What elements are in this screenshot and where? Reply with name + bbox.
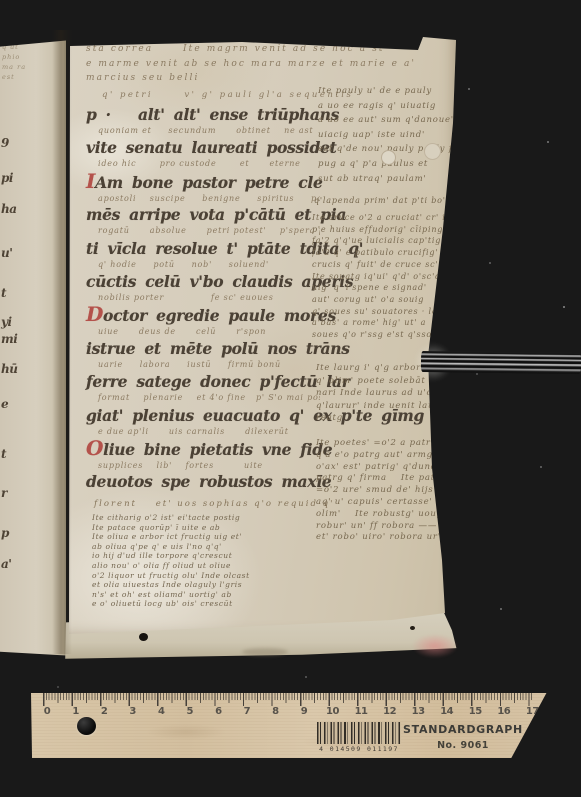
ruler-cm-label: 6 — [207, 706, 229, 718]
ruler-cm-label: 5 — [179, 706, 201, 718]
left-page-text-fragment: r — [1, 487, 27, 500]
centimeter-ticks — [43, 693, 534, 706]
margin-note-block-2: q'lapenda prim' dat p'ti bo'puū — [314, 195, 456, 207]
margin-note-block-1: Ite pauly u' de e paulya uo ee ragis q' … — [318, 84, 458, 186]
verse-line: cūctis celū v'bo claudis aperisnobilis p… — [86, 271, 322, 304]
text-line: Ite citharig o'2 ist' ei'tacte postig — [92, 513, 332, 523]
text-line: p'e huius effudorig' cīiping — [312, 224, 456, 236]
text-line: aut' corug ut' o'a souig — [312, 294, 456, 306]
ruler-cm-label: 13 — [407, 706, 429, 718]
text-line: aq' u' capuis' certasse' — [316, 497, 458, 509]
text-line: Ite cruce o'2 a cruciat' cr' i'cru — [312, 212, 456, 224]
left-page-text-fragment: a' — [1, 558, 27, 571]
ruler-cm-label: 2 — [93, 706, 115, 718]
verse-line: IAm bone pastor petre cleapostoli suscip… — [86, 171, 322, 204]
ruler-cm-label: 14 — [436, 706, 458, 718]
ruler-cm-label: 4 — [150, 706, 172, 718]
text-line: sut ab utraq' paulam' — [318, 172, 458, 187]
left-page-text-fragment: hū — [1, 363, 27, 376]
verse-line: giat' plenius euacuato q' ex p'te gīmge … — [86, 405, 322, 438]
verse-text: IAm bone pastor petre cle — [86, 171, 322, 193]
interlinear-gloss: e due ap'li uis carnalis dilexerūt — [86, 426, 320, 437]
ruler-cm-label: 8 — [264, 706, 286, 718]
ruler-hanging-hole — [77, 717, 96, 735]
text-line: o'ax' est' patrig' q'dund' — [316, 462, 458, 474]
text-line: fa'2 q'q'ue luicialis cap'tig — [312, 235, 456, 247]
text-line: e o' oliuetū locg ub' ois' crescūt — [92, 599, 332, 609]
text-line: olim' Ite robustg' uoug' e' — [316, 509, 458, 521]
dust-specks — [0, 0, 2, 2]
left-page-text-fragment: t — [1, 448, 27, 461]
verse-text: mēs arripe vota p'cātū et pia — [86, 204, 322, 225]
ruler-model-label: No. 9061 — [393, 740, 533, 751]
left-page-text-fragment: pi — [1, 172, 27, 185]
text-line: et olia uiuestas Inde olaguly l'gris — [92, 580, 332, 590]
left-page-text-fragment: t — [1, 287, 27, 300]
faint-smudge — [242, 648, 288, 656]
ruler-cm-label: 17 — [521, 706, 543, 718]
text-line: soues q'o r'ssg e'st q'ssoue — [312, 329, 456, 341]
barcode — [317, 722, 401, 744]
parchment-blemish — [381, 150, 396, 165]
left-page-text-fragment: u' — [1, 247, 27, 260]
text-line: nari Inde laurus ad u'o — [316, 387, 456, 400]
text-line: =o'2 ure' smud de' hijs' un' — [316, 485, 458, 497]
interlinear-gloss: rogatū absolue petri potest' p'spera pot… — [86, 225, 320, 236]
left-page-text-fragment: yi — [1, 316, 27, 329]
interlinear-gloss: q' hodie potū nob' soluend' — [86, 259, 320, 270]
left-page-text-fragment: 9 — [1, 137, 27, 150]
ruler-cm-label: 16 — [493, 706, 515, 718]
verse-text: giat' plenius euacuato q' ex p'te gīmg — [86, 405, 322, 426]
ruler-cm-label: 1 — [65, 706, 87, 718]
text-line: uiacig uap' iste uind' — [318, 128, 458, 143]
text-line: a uo ee ragis q' uiuatig — [318, 99, 458, 114]
verse-text: istrue et mēte polū nos trāns — [86, 338, 322, 359]
verse-line: istrue et mēte polū nos trānsuarie labor… — [86, 338, 322, 371]
text-line: io hij d'ud ille torpore q'crescut — [92, 551, 332, 561]
text-line: crucis q' fuit' de cruce sc'uit — [312, 259, 456, 271]
top-margin-annotations: sta correa Ite magrm venit ad se hoc a s… — [86, 42, 458, 86]
verse-line: Oliue bine pietatis vne fidesupplices li… — [86, 438, 322, 471]
interlinear-gloss: supplices lib' fortes uite — [86, 460, 320, 471]
interlinear-gloss: uarie labora iustū firmū bonū — [86, 359, 320, 370]
text-line: et' robo' uiro' robora ur' — [316, 532, 458, 544]
centimeter-labels: 01234567891011121314151617 — [47, 706, 542, 718]
text-line: a uo ee aut' sum q'danoue' — [318, 113, 458, 128]
verse-text: ferre satege donec p'fectū lar — [86, 371, 322, 392]
text-line: q'a e'o patrg aut' armg' — [316, 450, 458, 462]
text-line: uig' q' i'spene e signad' — [312, 282, 456, 294]
ruler-cm-label: 0 — [36, 706, 58, 718]
text-line: q'laurur' inde uenit lau — [316, 400, 456, 413]
pink-stain — [412, 634, 458, 658]
verse-text: ti vīcla resolue t' ptāte tdita q' — [86, 238, 322, 259]
verse-text: deuotos spe robustos maxīe — [86, 471, 322, 492]
ruler-cm-label: 7 — [236, 706, 258, 718]
text-line: q'lapenda prim' dat p'ti bo'puū — [314, 195, 456, 207]
lower-commentary-block: Ite citharig o'2 ist' ei'tacte postigIte… — [92, 513, 332, 609]
text-line: Ite pauly u' de e pauly — [318, 84, 458, 99]
interlinear-gloss: nobilis porter fe sc' euoues — [86, 292, 320, 303]
margin-note-block-5: Ite poetes' =o'2 a patra hicq'a e'o patr… — [316, 438, 458, 544]
text-line: Ite patace quorūp' ī uite e ab — [92, 523, 332, 533]
ink-spot — [410, 626, 415, 630]
verse-line: ti vīcla resolue t' ptāte tdita q'q' hod… — [86, 238, 322, 271]
manuscript-page: sta correa Ite magrm venit ad se hoc a s… — [62, 28, 460, 640]
ruler-cm-label: 11 — [350, 706, 372, 718]
left-page-text-fragment: p — [1, 527, 27, 540]
verse-line: Doctor egredie paule moresuiue deus de c… — [86, 304, 322, 337]
verse-text: cūctis celū v'bo claudis aperis — [86, 271, 322, 292]
verse-text: Oliue bine pietatis vne fide — [86, 438, 322, 460]
ruler-cm-label: 3 — [122, 706, 144, 718]
verse-text: Doctor egredie paule mores — [86, 304, 322, 326]
text-line: sta correa Ite magrm venit ad se hoc a s… — [86, 42, 458, 57]
verse-line: vite senatu laureati possidetideo hic pr… — [86, 137, 322, 170]
interlinear-gloss: apostoli suscipe benigne spiritus pater — [86, 193, 320, 204]
left-page-text-fragment: e — [1, 398, 27, 411]
verse-text: vite senatu laureati possidet — [86, 137, 322, 158]
measuring-ruler: 01234567891011121314151617 4 014509 0111… — [31, 693, 548, 758]
wormhole — [139, 633, 148, 641]
interlinear-gloss: format plenarie et 4'o fine p' S'o mai p… — [86, 392, 320, 403]
ruler-cm-label: 9 — [293, 706, 315, 718]
interlinear-gloss: quoniam et secundum obtinet ne ast — [86, 125, 320, 136]
interlinear-gloss: uiue deus de celū r'spon — [86, 326, 320, 337]
verse-line: p · alt' alt' ense triūphansquoniam et s… — [86, 104, 322, 137]
left-page-text-fragment: ha — [1, 203, 27, 216]
text-line: reatg — [316, 412, 456, 425]
previous-leaf-edge: q'utphioma raest 9pihau'tyimihūetrpa' — [0, 38, 66, 658]
bookmark-ribbon — [421, 351, 581, 374]
previous-leaf-line-endings: 9pihau'tyimihūetrpa' — [0, 38, 30, 658]
text-line: ab oliua q'pe q' e uis l'no q'q' — [92, 542, 332, 552]
hymn-text-block: p · alt' alt' ense triūphansquoniam et s… — [86, 104, 322, 505]
margin-note-block-3: Ite cruce o'2 a cruciat' cr' i'crup'e hu… — [312, 212, 456, 341]
ruler-brand-label: STANDARDGRAPH — [393, 723, 533, 736]
ruler-cm-label: 12 — [379, 706, 401, 718]
text-line: alio nou' o' olia ff oliud ut oliue — [92, 561, 332, 571]
text-line: Ite oliua e arbor ict fructig uig et' — [92, 532, 332, 542]
text-line: patrg q' firma Ite patrig' — [316, 473, 458, 485]
ruler-cm-label: 15 — [464, 706, 486, 718]
text-line: fa'2 q' e patibulo crucifig' — [312, 247, 456, 259]
verse-text: p · alt' alt' ense triūphans — [86, 104, 322, 125]
text-line: Ite souatg iq'ui' q'd' o'sc'd — [312, 271, 456, 283]
text-line: a'bas' a rome' hig' ut' a — [312, 317, 456, 329]
text-line: n's' et oh' est oliamd' uortig' ab — [92, 590, 332, 600]
ruler-cm-label: 10 — [322, 706, 344, 718]
text-line: q' soues su' souatores · le — [312, 306, 456, 318]
text-line: o'2 liquor ut fructig olu' Inde olcast — [92, 571, 332, 581]
text-line: e marme venit ab se hoc mara marze et ma… — [86, 57, 458, 72]
left-page-text-fragment: mi — [1, 333, 27, 346]
interlinear-gloss: ideo hic pro custode et eterne — [86, 158, 320, 169]
text-line: robur' un' ff robora —— — [316, 521, 458, 533]
parchment-blemish — [424, 143, 441, 160]
verse-line: ferre satege donec p'fectū larformat ple… — [86, 371, 322, 404]
manuscript-photograph: q'utphioma raest 9pihau'tyimihūetrpa' st… — [0, 0, 581, 797]
text-line: Ite poetes' =o'2 a patra hic — [316, 438, 458, 450]
verse-line: mēs arripe vota p'cātū et piarogatū abso… — [86, 204, 322, 237]
